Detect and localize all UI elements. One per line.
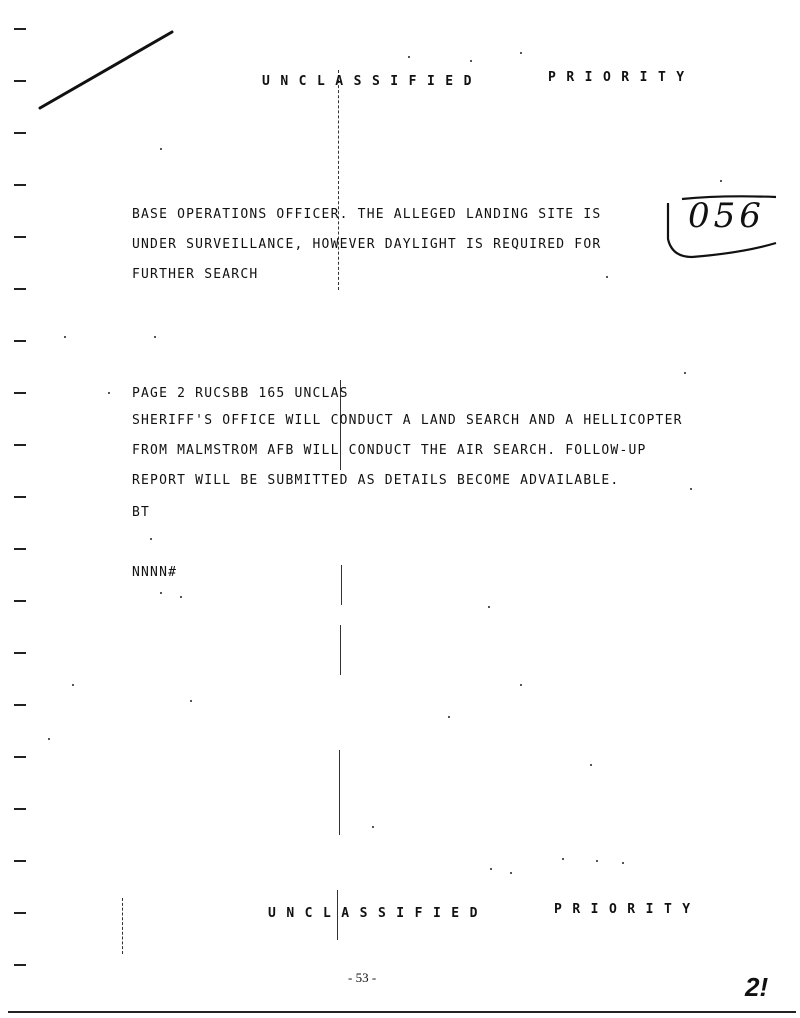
margin-tick	[14, 652, 26, 654]
fold-line	[340, 625, 341, 675]
body-line: SHERIFF'S OFFICE WILL CONDUCT A LAND SEA…	[132, 413, 683, 428]
fold-line	[339, 750, 340, 835]
body-line: REPORT WILL BE SUBMITTED AS DETAILS BECO…	[132, 473, 619, 488]
margin-tick	[14, 184, 26, 186]
margin-tick	[14, 496, 26, 498]
bottom-rule	[8, 1011, 796, 1013]
header-classification: UNCLASSIFIED	[262, 74, 482, 89]
page-number: - 53 -	[348, 970, 376, 986]
page-reference: PAGE 2 RUCSBB 165 UNCLAS	[132, 386, 349, 401]
pen-stroke-mark	[38, 30, 176, 110]
margin-tick	[14, 756, 26, 758]
margin-tick	[14, 444, 26, 446]
fold-line	[338, 70, 340, 290]
margin-tick	[14, 964, 26, 966]
margin-tick	[14, 288, 26, 290]
body-line: BASE OPERATIONS OFFICER. THE ALLEGED LAN…	[132, 207, 601, 222]
break-marker: BT	[132, 505, 150, 520]
margin-tick	[14, 808, 26, 810]
body-line: UNDER SURVEILLANCE, HOWEVER DAYLIGHT IS …	[132, 237, 601, 252]
footer-precedence: PRIORITY	[554, 902, 701, 917]
header-precedence: PRIORITY	[548, 70, 695, 85]
fold-line	[341, 565, 342, 605]
margin-tick	[14, 132, 26, 134]
margin-tick	[14, 392, 26, 394]
margin-tick	[14, 548, 26, 550]
margin-tick	[14, 912, 26, 914]
margin-tick	[14, 80, 26, 82]
body-line: FURTHER SEARCH	[132, 267, 258, 282]
end-marker: NNNN#	[132, 565, 177, 580]
margin-tick	[14, 704, 26, 706]
margin-tick	[14, 236, 26, 238]
footer-classification: UNCLASSIFIED	[268, 906, 488, 921]
stamp-number: 056	[688, 196, 765, 236]
body-line: FROM MALMSTROM AFB WILL CONDUCT THE AIR …	[132, 443, 647, 458]
margin-tick	[14, 600, 26, 602]
margin-tick	[14, 860, 26, 862]
margin-tick	[14, 340, 26, 342]
margin-tick	[14, 28, 26, 30]
corner-mark: 2!	[745, 972, 768, 1003]
document-page: UNCLASSIFIED PRIORITY 056 BASE OPERATION…	[0, 0, 800, 1018]
fold-line	[122, 898, 124, 954]
